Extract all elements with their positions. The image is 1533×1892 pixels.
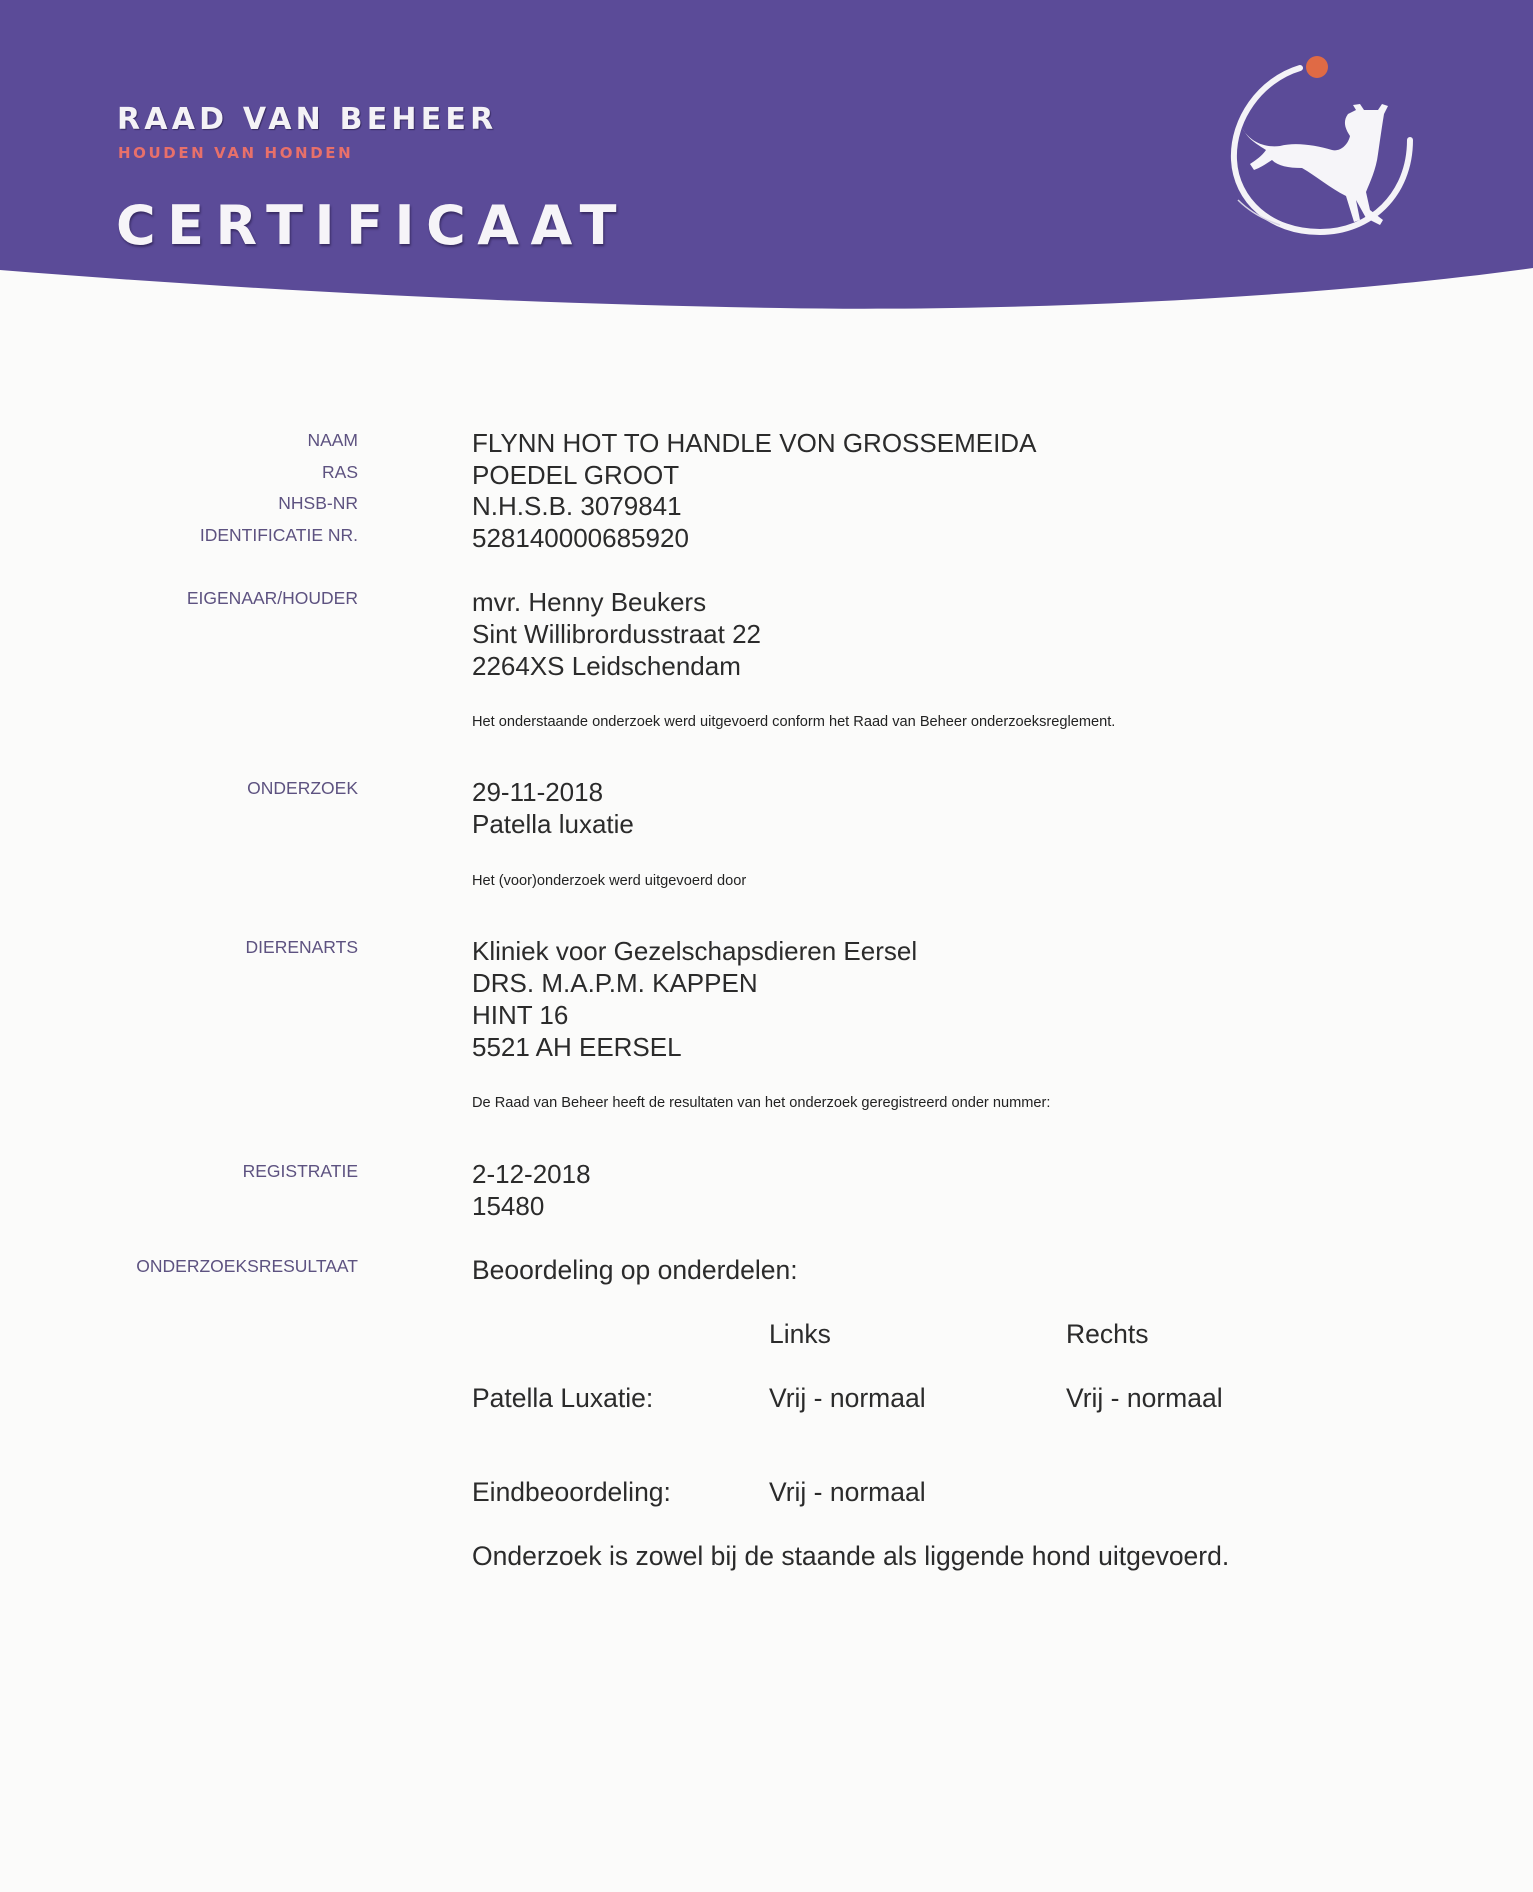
final-assessment-value: Vrij - normaal [769, 1476, 926, 1508]
result-remark: Onderzoek is zowel bij de staande als li… [472, 1540, 1229, 1572]
result-heading: Beoordeling op onderdelen: [472, 1254, 798, 1286]
row-label-patella-luxatie: Patella Luxatie: [472, 1382, 653, 1414]
dog-nhsb-number: N.H.S.B. 3079841 [472, 490, 682, 522]
owner-street: Sint Willibrordusstraat 22 [472, 618, 761, 650]
vet-street: HINT 16 [472, 999, 917, 1031]
certificate-title: CERTIFICAAT [116, 194, 628, 258]
vet-name: DRS. M.A.P.M. KAPPEN [472, 967, 917, 999]
vet-city: 5521 AH EERSEL [472, 1031, 917, 1063]
label-onderzoeksresultaat: ONDERZOEKSRESULTAAT [136, 1256, 358, 1276]
registration-date: 2-12-2018 [472, 1158, 591, 1190]
registration-details: 2-12-2018 15480 [472, 1158, 591, 1222]
dog-identification-number: 528140000685920 [472, 522, 689, 554]
label-eigenaar: EIGENAAR/HOUDER [187, 588, 358, 608]
organization-name: RAAD VAN BEHEER [117, 100, 497, 140]
registration-number: 15480 [472, 1190, 591, 1222]
owner-name: mvr. Henny Beukers [472, 586, 761, 618]
note-uitgevoerd-door: Het (voor)onderzoek werd uitgevoerd door [472, 872, 746, 890]
label-onderzoek: ONDERZOEK [247, 778, 358, 798]
label-identificatie: IDENTIFICATIE NR. [200, 525, 358, 545]
exam-type: Patella luxatie [472, 808, 634, 840]
note-registratie: De Raad van Beheer heeft de resultaten v… [472, 1094, 1050, 1112]
label-nhsb: NHSB-NR [278, 493, 358, 513]
patella-rechts-value: Vrij - normaal [1066, 1382, 1223, 1414]
dog-breed: POEDEL GROOT [472, 459, 679, 491]
exam-date: 29-11-2018 [472, 776, 634, 808]
vet-address: Kliniek voor Gezelschapsdieren Eersel DR… [472, 935, 917, 1063]
label-naam: NAAM [307, 430, 358, 450]
label-registratie: REGISTRATIE [243, 1161, 358, 1181]
dog-name: FLYNN HOT TO HANDLE VON GROSSEMEIDA [472, 427, 1036, 459]
final-assessment-label: Eindbeoordeling: [472, 1476, 671, 1508]
exam-details: 29-11-2018 Patella luxatie [472, 776, 634, 840]
leaping-dog-logo-icon [1220, 50, 1420, 250]
column-links: Links [769, 1318, 831, 1350]
organization-tagline: HOUDEN VAN HONDEN [118, 143, 353, 163]
label-ras: RAS [322, 462, 358, 482]
label-dierenarts: DIERENARTS [246, 937, 358, 957]
patella-links-value: Vrij - normaal [769, 1382, 926, 1414]
column-rechts: Rechts [1066, 1318, 1148, 1350]
owner-address: mvr. Henny Beukers Sint Willibrordusstra… [472, 586, 761, 682]
vet-clinic: Kliniek voor Gezelschapsdieren Eersel [472, 935, 917, 967]
owner-city: 2264XS Leidschendam [472, 650, 761, 682]
note-reglement: Het onderstaande onderzoek werd uitgevoe… [472, 713, 1115, 731]
